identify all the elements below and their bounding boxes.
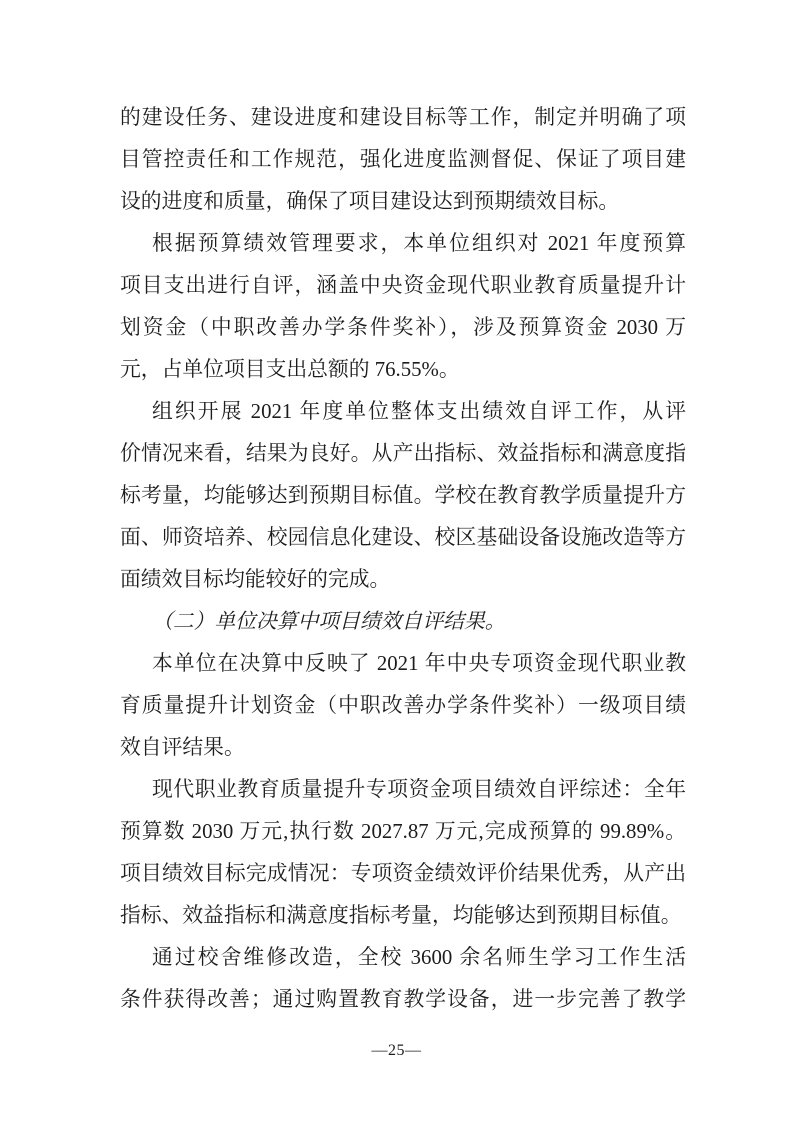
text-line: 设的进度和质量，确保了项目建设达到预期绩效目标。 xyxy=(120,181,686,223)
text-line: 根据预算绩效管理要求，本单位组织对 2021 年度预算 xyxy=(120,223,686,265)
text-line: 效自评结果。 xyxy=(120,727,686,769)
text-line: 指标、效益指标和满意度指标考量，均能够达到预期目标值。 xyxy=(120,895,686,937)
text-line: 预算数 2030 万元,执行数 2027.87 万元,完成预算的 99.89%。 xyxy=(120,811,686,853)
text-line: 本单位在决算中反映了 2021 年中央专项资金现代职业教 xyxy=(120,643,686,685)
text-line: 条件获得改善；通过购置教育教学设备，进一步完善了教学 xyxy=(120,979,686,1021)
text-line: 组织开展 2021 年度单位整体支出绩效自评工作，从评 xyxy=(120,391,686,433)
text-line: 通过校舍维修改造，全校 3600 余名师生学习工作生活 xyxy=(120,937,686,979)
document-page: 的建设任务、建设进度和建设目标等工作，制定并明确了项目管控责任和工作规范，强化进… xyxy=(0,0,793,1122)
text-line: 面绩效目标均能较好的完成。 xyxy=(120,559,686,601)
document-text-body: 的建设任务、建设进度和建设目标等工作，制定并明确了项目管控责任和工作规范，强化进… xyxy=(120,97,686,1021)
text-line: 项目支出进行自评，涵盖中央资金现代职业教育质量提升计 xyxy=(120,265,686,307)
text-line: 育质量提升计划资金（中职改善办学条件奖补）一级项目绩 xyxy=(120,685,686,727)
text-line: 目管控责任和工作规范，强化进度监测督促、保证了项目建 xyxy=(120,139,686,181)
page-number: —25— xyxy=(0,1039,793,1063)
section-heading-line: （二）单位决算中项目绩效自评结果。 xyxy=(120,601,686,643)
text-line: 标考量，均能够达到预期目标值。学校在教育教学质量提升方 xyxy=(120,475,686,517)
text-line: 划资金（中职改善办学条件奖补），涉及预算资金 2030 万 xyxy=(120,307,686,349)
text-line: 价情况来看，结果为良好。从产出指标、效益指标和满意度指 xyxy=(120,433,686,475)
text-line: 面、师资培养、校园信息化建设、校区基础设备设施改造等方 xyxy=(120,517,686,559)
text-line: 项目绩效目标完成情况：专项资金绩效评价结果优秀，从产出 xyxy=(120,853,686,895)
text-line: 现代职业教育质量提升专项资金项目绩效自评综述：全年 xyxy=(120,769,686,811)
text-line: 元，占单位项目支出总额的 76.55%。 xyxy=(120,349,686,391)
text-line: 的建设任务、建设进度和建设目标等工作，制定并明确了项 xyxy=(120,97,686,139)
